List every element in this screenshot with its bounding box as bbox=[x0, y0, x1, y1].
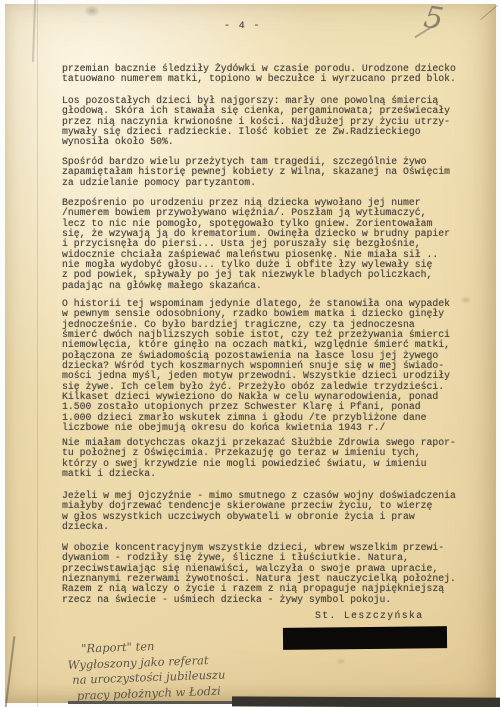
paragraph-2: Los pozostałych dzieci był najgorszy: ma… bbox=[62, 96, 450, 148]
paragraph-8: W obozie koncentracyjnym wszystkie dziec… bbox=[62, 543, 456, 605]
paragraph-5: O historii tej wspominam jedynie dlatego… bbox=[62, 299, 450, 433]
paragraph-3: Spośród bardzo wielu przeżytych tam trag… bbox=[62, 157, 450, 188]
page-number: - 4 - bbox=[224, 21, 261, 31]
paragraph-6: Nie miałam dotychczas okazji przekazać S… bbox=[62, 438, 456, 479]
paper-crease bbox=[37, 0, 38, 707]
paragraph-7: Jeżeli w mej Ojczyźnie - mimo smutnego z… bbox=[62, 491, 456, 532]
paragraph-4: Bezpośrenio po urodzeniu przez nią dziec… bbox=[62, 198, 450, 291]
scan-bottom-edge bbox=[232, 696, 500, 707]
paragraph-1: przemian bacznie śledziły Żydówki w czas… bbox=[62, 64, 456, 85]
signature: St. Leszczyńska bbox=[315, 611, 423, 621]
scan-bottom-edge-thin bbox=[68, 701, 238, 704]
redaction-bar bbox=[283, 626, 447, 650]
scan-background: - 4 - 5 przemian bacznie śledziły Żydówk… bbox=[0, 0, 500, 707]
handwritten-note: "Raport" ten Wygłoszony jako referat na … bbox=[81, 637, 226, 704]
scanned-document-page: { "page": { "page_number_label": "- 4 -"… bbox=[0, 0, 500, 707]
